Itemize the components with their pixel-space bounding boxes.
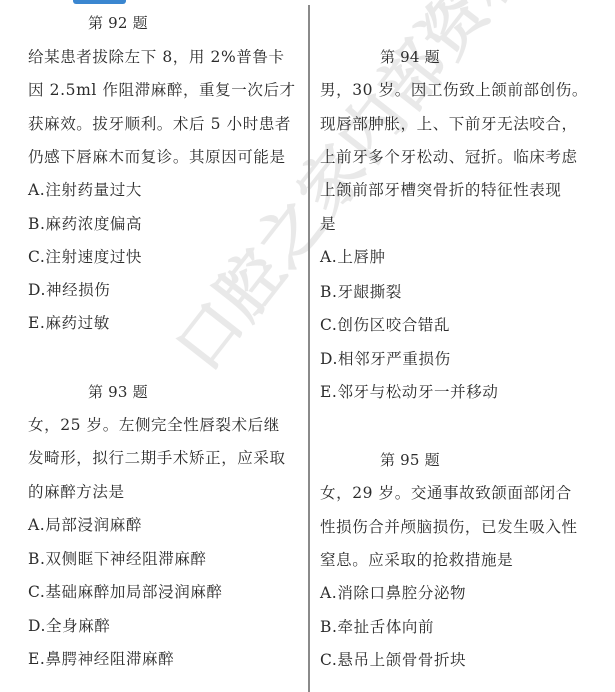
option-c: C.基础麻醉加局部浸润麻醉 [28, 582, 223, 602]
question-stem-line: 是 [320, 214, 336, 234]
option-d: D.全身麻醉 [28, 616, 110, 636]
question-title: 第 94 题 [380, 47, 440, 67]
column-divider [308, 5, 310, 692]
option-d: D.相邻牙严重损伤 [320, 349, 451, 369]
question-title: 第 93 题 [88, 382, 148, 402]
option-c: C.悬吊上颌骨骨折块 [320, 650, 466, 670]
option-e: E.鼻腭神经阻滞麻醉 [28, 649, 174, 669]
option-b: B.牙龈撕裂 [320, 282, 402, 302]
question-stem-line: 给某患者拔除左下 8，用 2%普鲁卡 [28, 47, 285, 67]
option-a: A.局部浸润麻醉 [28, 515, 142, 535]
question-stem-line: 性损伤合并颅脑损伤，已发生吸入性 [320, 517, 578, 537]
top-tab-stub [73, 0, 126, 4]
question-stem-line: 现唇部肿胀，上、下前牙无法咬合， [320, 114, 578, 134]
question-stem-line: 因 2.5ml 作阻滞麻醉，重复一次后才 [28, 80, 296, 100]
question-stem-line: 女，25 岁。左侧完全性唇裂术后继 [28, 415, 280, 435]
option-a: A.上唇肿 [320, 247, 386, 267]
option-e: E.邻牙与松动牙一并移动 [320, 382, 498, 402]
option-c: C.创伤区咬合错乱 [320, 315, 450, 335]
question-stem-line: 的麻醉方法是 [28, 482, 125, 502]
option-c: C.注射速度过快 [28, 247, 142, 267]
option-e: E.麻药过敏 [28, 313, 110, 333]
option-b: B.麻药浓度偏高 [28, 214, 142, 234]
question-stem-line: 仍感下唇麻木而复诊。其原因可能是 [28, 147, 286, 167]
question-stem-line: 窒息。应采取的抢救措施是 [320, 550, 513, 570]
question-stem-line: 上前牙多个牙松动、冠折。临床考虑 [320, 147, 578, 167]
option-a: A.消除口鼻腔分泌物 [320, 583, 466, 603]
question-stem-line: 上颌前部牙槽突骨折的特征性表现 [320, 180, 562, 200]
question-stem-line: 发畸形，拟行二期手术矫正，应采取 [28, 448, 286, 468]
option-b: B.双侧眶下神经阻滞麻醉 [28, 549, 207, 569]
question-stem-line: 获麻效。拔牙顺利。术后 5 小时患者 [28, 114, 291, 134]
question-stem-line: 女，29 岁。交通事故致颌面部闭合 [320, 483, 572, 503]
question-title: 第 92 题 [88, 13, 148, 33]
option-b: B.牵扯舌体向前 [320, 617, 434, 637]
question-stem-line: 男，30 岁。因工伤致上颌前部创伤。 [320, 80, 588, 100]
option-d: D.神经损伤 [28, 280, 110, 300]
option-a: A.注射药量过大 [28, 180, 142, 200]
question-title: 第 95 题 [380, 450, 440, 470]
